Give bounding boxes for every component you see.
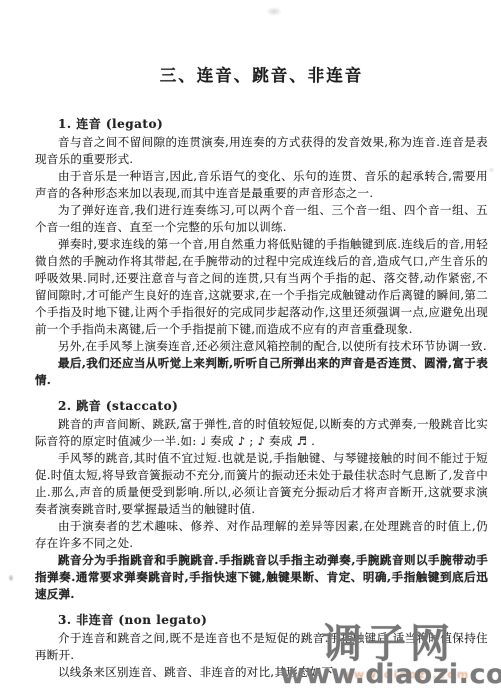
paragraph: 为了弹好连音,我们进行连奏练习,可以两个音一组、三个音一组、四个音一组、五个音一… (35, 202, 488, 236)
paragraph: 手风琴的跳音,其时值不宜过短.也就是说,手指触键、与琴键接触的时间不能过于短促.… (35, 450, 488, 518)
section-legato: 1. 连音 (legato) 音与音之间不留间隙的连贯演奏,用连奏的方式获得的发… (35, 115, 488, 389)
paragraph: 另外,在手风琴上演奏连音,还必须注意风箱控制的配合,以使所有技术环节协调一致. (35, 338, 488, 355)
paragraph: 最后,我们还应当从听觉上来判断,听听自己所弹出来的声音是否连贯、圆滑,富于表情. (35, 355, 488, 389)
watermark-site-name: 调子网 (280, 624, 496, 664)
scanned-page: 三、连音、跳音、非连音 1. 连音 (legato) 音与音之间不留间隙的连贯演… (0, 0, 501, 690)
section-heading-legato: 1. 连音 (legato) (58, 115, 488, 132)
paragraph: 由于演奏者的艺术趣味、修养、对作品理解的差异等因素,在处理跳音的时值上,仍存在许… (35, 518, 488, 552)
section-staccato: 2. 跳音 (staccato) 跳音的声音间断、跳跃,富于弹性,音的时值较短促… (35, 397, 488, 603)
section-heading-staccato: 2. 跳音 (staccato) (58, 397, 488, 414)
scan-smudge (488, 167, 495, 173)
page-title: 三、连音、跳音、非连音 (35, 62, 488, 86)
paragraph: 弹奏时,要求连线的第一个音,用自然重力将低贴键的手指触键到底.连线后的音,用轻微… (35, 236, 488, 338)
site-watermark: www.diaozi.com 调子网 www.diaozi.com (280, 624, 496, 688)
scan-smudge (266, 7, 282, 16)
watermark-site-url: www.diaozi.com (280, 661, 496, 688)
paragraph: 由于音乐是一种语言,因此,音乐语气的变化、乐句的连贯、音乐的起承转合,需要用声音… (35, 168, 488, 202)
paragraph: 音与音之间不留间隙的连贯演奏,用连奏的方式获得的发音效果,称为连音.连音是表现音… (35, 134, 488, 168)
paragraph-with-music-notes: 跳音的声音间断、跳跃,富于弹性,音的时值较短促,以断奏的方式弹奏,一般跳音比实际… (35, 416, 488, 450)
paragraph: 跳音分为手指跳音和手腕跳音.手指跳音以手指主动弹奏,手腕跳音则以手腕带动手指弹奏… (35, 552, 488, 603)
scan-smudge (8, 574, 14, 582)
